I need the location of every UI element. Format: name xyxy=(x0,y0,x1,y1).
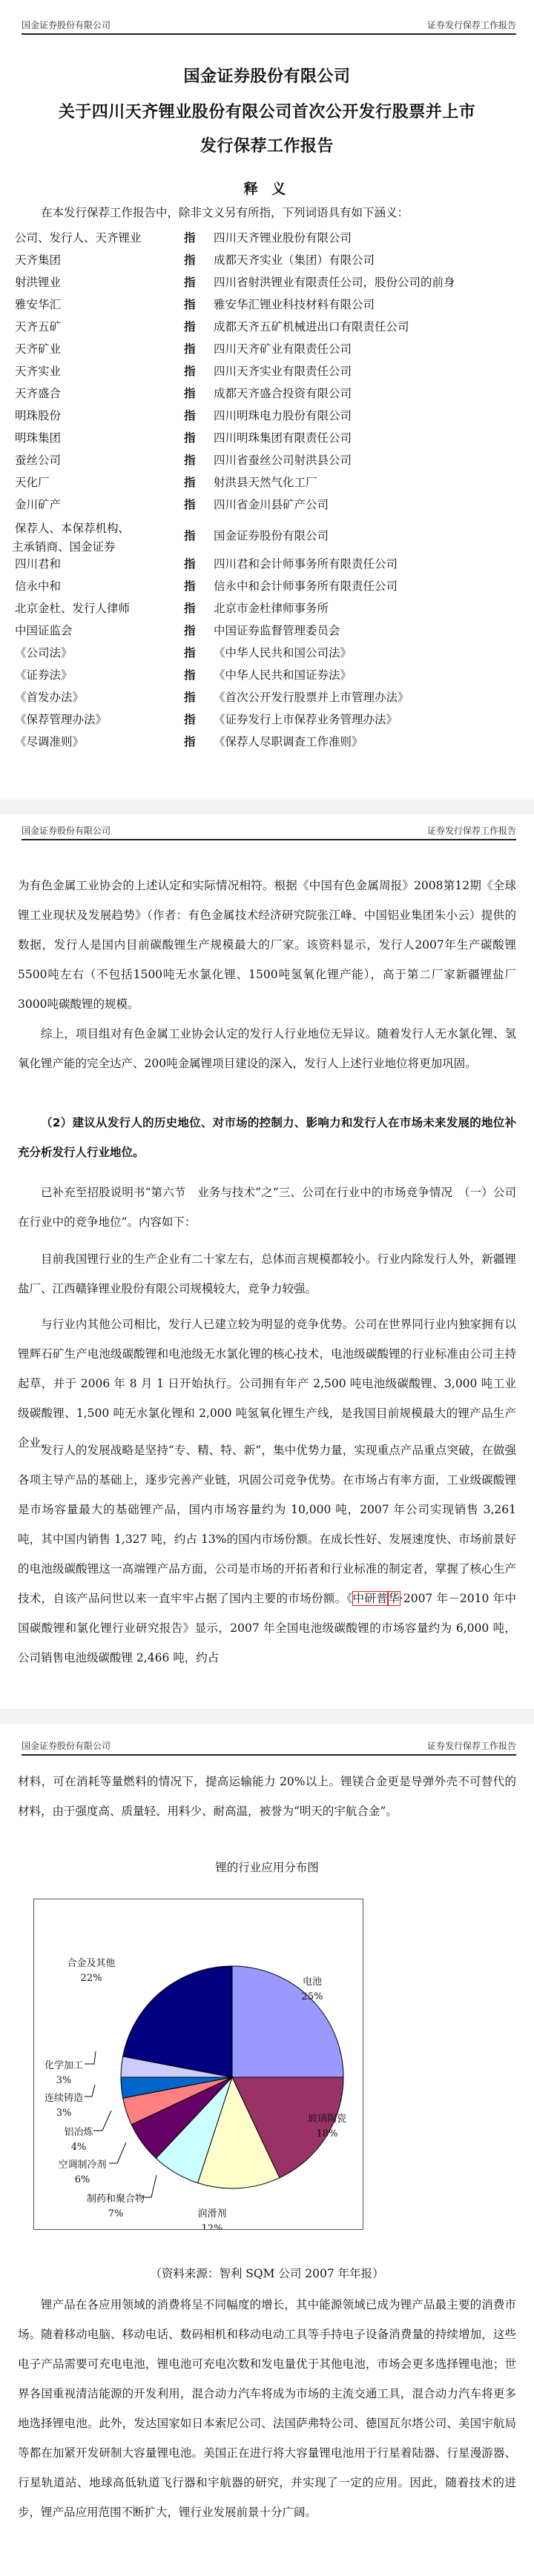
glossary-term: 保荐人、本保荐机构、 xyxy=(15,521,171,536)
glossary-refers-to: 指 xyxy=(184,293,196,316)
pie-label-category: 润滑剂 xyxy=(197,2208,226,2220)
glossary-refers-to: 指 xyxy=(184,664,196,686)
glossary-refers-to: 指 xyxy=(184,405,196,427)
paragraph: 发行人的发展战略是坚持“专、精、特、新”，集中优势力量，实现重点产品重点突破，在… xyxy=(18,1435,516,1673)
glossary-term: 《公司法》 xyxy=(15,642,171,664)
glossary-definition: 信永中和会计师事务所有限责任公司 xyxy=(214,575,398,597)
glossary-refers-to: 指 xyxy=(184,449,196,471)
glossary-term: 金川矿产 xyxy=(15,494,171,516)
paragraph-text: 发行人的发展战略是坚持“专、精、特、新”，集中优势力量，实现重点产品重点突破，在… xyxy=(18,1444,516,1605)
glossary-definition: 雅安华汇锂业科技材料有限公司 xyxy=(214,293,375,316)
glossary-definition: 《证券发行上市保荐业务管理办法》 xyxy=(214,708,398,731)
glossary-refers-to: 指 xyxy=(184,731,196,753)
glossary-definition: 《中华人民共和国证券法》 xyxy=(214,664,352,686)
pie-label-percent: 6% xyxy=(75,2174,90,2185)
glossary-definition: 《首次公开发行股票并上市管理办法》 xyxy=(214,686,409,708)
glossary-definition: 北京市金杜律师事务所 xyxy=(214,597,329,620)
chart-title: 锂的行业应用分布图 xyxy=(0,1859,534,1875)
pie-label-percent: 4% xyxy=(71,2142,87,2153)
glossary-definition: 成都天齐五矿机械进出口有限责任公司 xyxy=(214,316,409,338)
glossary-term: 天齐实业 xyxy=(15,360,171,382)
page-3: 国金证券股份有限公司 证券发行保荐工作报告 材料，可在消耗等量燃料的情况下，提高… xyxy=(0,1724,534,2576)
page-gap xyxy=(0,800,534,814)
glossary-definition: 成都天齐盛合投资有限公司 xyxy=(214,382,352,405)
pie-chart: 电池25%玻璃陶瓷18%润滑剂12%制药和聚合物7%空调制冷剂6%铝冶炼4%连续… xyxy=(33,1899,363,2230)
glossary-refers-to: 指 xyxy=(184,471,196,494)
pie-label-category: 连续铸造 xyxy=(44,2092,83,2104)
page-1: 国金证券股份有限公司 证券发行保荐工作报告 国金证券股份有限公司 关于四川天齐锂… xyxy=(0,0,534,800)
glossary-term: 《尽调准则》 xyxy=(15,731,171,753)
glossary-definition: 四川省金川县矿产公司 xyxy=(214,494,329,516)
header-company: 国金证券股份有限公司 xyxy=(22,1739,111,1752)
glossary-refers-to: 指 xyxy=(184,427,196,449)
pie-label-percent: 18% xyxy=(317,2128,338,2140)
glossary-term: 射洪锂业 xyxy=(15,271,171,293)
chart-source: （资料来源：智利 SQM 公司 2007 年年报） xyxy=(0,2265,534,2281)
header-company: 国金证券股份有限公司 xyxy=(22,824,111,837)
title-line-3: 发行保荐工作报告 xyxy=(0,133,534,156)
glossary-refers-to: 指 xyxy=(184,642,196,664)
paragraph: 为有色金属工业协会的上述认定和实际情况相符。根据《中国有色金属周报》2008第1… xyxy=(18,871,516,1019)
pie-label-percent: 7% xyxy=(108,2208,124,2220)
glossary-term: 中国证监会 xyxy=(15,620,171,642)
title-line-1: 国金证券股份有限公司 xyxy=(0,64,534,87)
glossary-term: 明珠集团 xyxy=(15,427,171,449)
glossary-definition: 中国证券监督管理委员会 xyxy=(214,620,340,642)
pie-label-category: 铝冶炼 xyxy=(64,2126,93,2138)
glossary-definition: 四川明珠电力股份有限公司 xyxy=(214,405,352,427)
glossary-refers-to: 指 xyxy=(184,575,196,597)
pie-label-category: 制药和聚合物 xyxy=(87,2193,145,2205)
paragraph: 锂产品在各应用领域的消费将呈不同幅度的增长，其中能源领域已成为锂产品最主要的消费… xyxy=(18,2290,516,2527)
pie-label-category: 空调制冷剂 xyxy=(58,2159,106,2171)
page-header: 国金证券股份有限公司 证券发行保荐工作报告 xyxy=(22,1736,516,1756)
glossary-term: 雅安华汇 xyxy=(15,293,171,316)
pie-label-percent: 12% xyxy=(202,2223,223,2229)
glossary-intro: 在本发行保荐工作报告中，除非文义另有所指，下列词语具有如下涵义： xyxy=(18,202,516,224)
pie-label-percent: 3% xyxy=(56,2075,72,2086)
glossary-refers-to: 指 xyxy=(184,360,196,382)
section-heading-definitions: 释 义 xyxy=(0,178,534,198)
glossary-definition: 四川天齐实业有限责任公司 xyxy=(214,360,352,382)
glossary-term: 天齐集团 xyxy=(15,249,171,271)
glossary-refers-to: 指 xyxy=(184,382,196,405)
paragraph: 材料，可在消耗等量燃料的情况下，提高运输能力 20%以上。锂镁合金更是导弹外壳不… xyxy=(18,1767,516,1826)
glossary-definition: 四川天齐矿业有限责任公司 xyxy=(214,338,352,360)
header-doc-type: 证券发行保荐工作报告 xyxy=(427,824,516,837)
section-heading-bold: （2）建议从发行人的历史地位、对市场的控制力、影响力和发行人在市场未来发展的地位… xyxy=(18,1108,516,1167)
glossary-term: 天齐盛合 xyxy=(15,382,171,405)
glossary-term: 《证券法》 xyxy=(15,664,171,686)
leader-line xyxy=(85,2085,95,2097)
glossary-refers-to: 指 xyxy=(184,525,196,547)
header-doc-type: 证券发行保荐工作报告 xyxy=(427,19,516,31)
glossary-definition: 四川君和会计师事务所有限责任公司 xyxy=(214,553,398,575)
header-doc-type: 证券发行保荐工作报告 xyxy=(427,1739,516,1752)
glossary-refers-to: 指 xyxy=(184,249,196,271)
pie-label-percent: 3% xyxy=(56,2108,72,2119)
glossary-term: 明珠股份 xyxy=(15,405,171,427)
pie-label-category: 电池 xyxy=(303,1976,322,1988)
page-gap xyxy=(0,1709,534,1724)
glossary-term: 《首发办法》 xyxy=(15,686,171,708)
pie-label-percent: 25% xyxy=(302,1991,323,2002)
pie-label-percent: 22% xyxy=(81,1973,102,1984)
glossary-term: 信永中和 xyxy=(15,575,171,597)
leader-line xyxy=(109,2142,126,2163)
glossary-refers-to: 指 xyxy=(184,316,196,338)
glossary-term: 天齐五矿 xyxy=(15,316,171,338)
glossary-term: 天化厂 xyxy=(15,471,171,494)
glossary-refers-to: 指 xyxy=(184,686,196,708)
pie-chart-graphic: 电池25%玻璃陶瓷18%润滑剂12%制药和聚合物7%空调制冷剂6%铝冶炼4%连续… xyxy=(34,1899,363,2229)
glossary-definition: 四川明珠集团有限责任公司 xyxy=(214,427,352,449)
glossary-refers-to: 指 xyxy=(184,620,196,642)
glossary-term: 天齐矿业 xyxy=(15,338,171,360)
glossary-refers-to: 指 xyxy=(184,227,196,249)
leader-line xyxy=(93,2111,111,2131)
pie-slice xyxy=(232,1966,343,2077)
glossary-definition: 四川省蚕丝公司射洪县公司 xyxy=(214,449,352,471)
glossary-term: 公司、发行人、天齐锂业 xyxy=(15,227,171,249)
glossary-definition: 《保荐人尽职调查工作准则》 xyxy=(214,731,363,753)
page-header: 国金证券股份有限公司 证券发行保荐工作报告 xyxy=(22,15,516,35)
glossary-definition: 国金证券股份有限公司 xyxy=(214,525,329,547)
glossary-term: 四川君和 xyxy=(15,553,171,575)
glossary-refers-to: 指 xyxy=(184,338,196,360)
glossary-refers-to: 指 xyxy=(184,708,196,731)
page-2: 国金证券股份有限公司 证券发行保荐工作报告 为有色金属工业协会的上述认定和实际情… xyxy=(0,814,534,1709)
pie-label-category: 合金及其他 xyxy=(67,1957,115,1969)
glossary-definition: 四川省射洪锂业有限责任公司，股份公司的前身 xyxy=(214,271,455,293)
pie-label-category: 化学加工 xyxy=(44,2059,83,2071)
glossary-refers-to: 指 xyxy=(184,494,196,516)
paragraph: 已补充至招股说明书“第六节 业务与技术”之“三、公司在行业中的市场竞争情况 （一… xyxy=(18,1178,516,1237)
glossary-definition: 《中华人民共和国公司法》 xyxy=(214,642,352,664)
pie-label-category: 玻璃陶瓷 xyxy=(308,2113,346,2125)
paragraph: 综上，项目组对有色金属工业协会认定的发行人行业地位无异议。随着发行人无水氯化锂、… xyxy=(18,1019,516,1078)
glossary-term: 《保荐管理办法》 xyxy=(15,708,171,731)
glossary-refers-to: 指 xyxy=(184,553,196,575)
glossary-term: 蚕丝公司 xyxy=(15,449,171,471)
page-header: 国金证券股份有限公司 证券发行保荐工作报告 xyxy=(22,820,516,840)
glossary-definition: 射洪县天然气化工厂 xyxy=(214,471,317,494)
glossary-refers-to: 指 xyxy=(184,597,196,620)
leader-line xyxy=(85,2051,96,2064)
highlighted-text: 华 xyxy=(388,1592,400,1605)
paragraph: 目前我国锂行业的生产企业有二十家左右，总体而言规模都较小。行业内除发行人外，新疆… xyxy=(18,1244,516,1304)
title-line-2: 关于四川天齐锂业股份有限公司首次公开发行股票并上市 xyxy=(0,99,534,122)
glossary-definition: 四川天齐锂业股份有限公司 xyxy=(214,227,352,249)
header-company: 国金证券股份有限公司 xyxy=(22,19,111,31)
glossary-term: 北京金杜、发行人律师 xyxy=(15,597,171,620)
glossary-definition: 成都天齐实业（集团）有限公司 xyxy=(214,249,375,271)
highlighted-text: 中研普 xyxy=(353,1592,389,1605)
glossary-refers-to: 指 xyxy=(184,271,196,293)
